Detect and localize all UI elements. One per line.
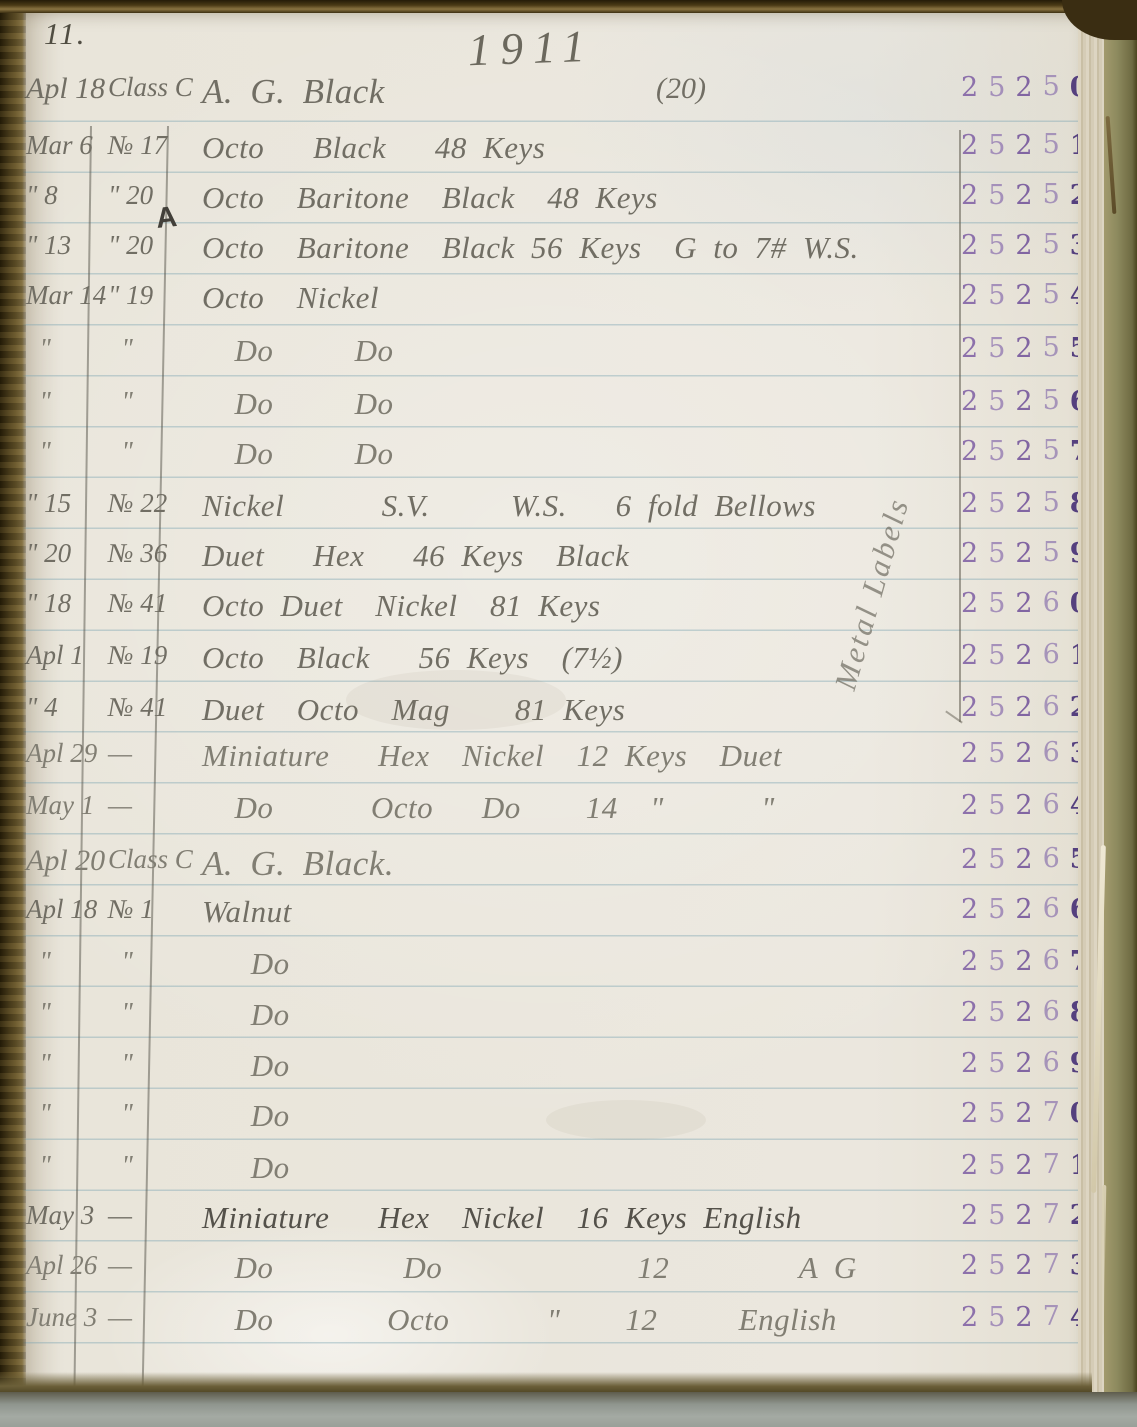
page-edge-stack [1078,10,1104,1402]
ledger-row: " 18 № 41 Octo Duet Nickel 81 Keys 25260 [6,588,1096,636]
entry-description: Do [202,1048,290,1084]
ledger-row: " " Do 25269 [6,1048,1096,1096]
entry-description: Walnut [202,894,292,930]
ledger-row: " 20 № 36 Duet Hex 46 Keys Black 25259 [6,538,1096,586]
ledger-row: Mar 14 " 19 Octo Nickel 25254 [6,280,1096,328]
entry-description: Do Octo " 12 English [202,1302,837,1338]
entry-description: Do [202,997,290,1033]
ledger-row: May 3 — Miniature Hex Nickel 16 Keys Eng… [6,1200,1096,1248]
entry-description: Do [202,946,290,982]
page-number: 11. [44,16,86,52]
ledger-row: " " Do 25271 [6,1150,1096,1198]
ledger-row: " 13 " 20 Octo Baritone Black 56 Keys G … [6,230,1096,278]
entry-description: Octo Black 56 Keys (7½) [202,640,623,676]
entry-description: Miniature Hex Nickel 12 Keys Duet [202,738,782,774]
entry-description: Nickel S.V. W.S. 6 fold Bellows [202,488,816,524]
book-gutter [0,0,26,1427]
entry-description: Do Do [202,386,394,422]
entry-description: Do [202,1098,290,1134]
entry-description: Octo Baritone Black 56 Keys G to 7# W.S. [202,230,859,266]
entry-description: Do Do 12 A G [202,1250,857,1286]
ledger-row: Apl 1 № 19 Octo Black 56 Keys (7½) 25261 [6,640,1096,688]
ledger-row: " 8 " 20 Octo Baritone Black 48 Keys 252… [6,180,1096,228]
entry-description: Octo Nickel [202,280,379,316]
ledger-row: Mar 6 № 17 Octo Black 48 Keys 25251 [6,130,1096,178]
entry-description: Octo Black 48 Keys [202,130,545,166]
entry-description: Do Octo Do 14 " " [202,790,775,826]
ledger-row: " " Do Do 25256 [6,386,1096,434]
year-heading: 1911 [467,20,595,76]
entry-description: Octo Duet Nickel 81 Keys [202,588,600,624]
ledger-page: 11. 1911 Metal Labels A Apl 18 Class C A… [6,10,1084,1390]
ledger-row: Apl 26 — Do Do 12 A G 25273 [6,1250,1096,1298]
ledger-row: " 15 № 22 Nickel S.V. W.S. 6 fold Bellow… [6,488,1096,536]
entry-description: Do Do [202,436,394,472]
ledger-row: Apl 20 Class C A. G. Black. 25265 [6,844,1096,892]
ledger-row: May 1 — Do Octo Do 14 " " 25264 [6,790,1096,838]
ledger-row: Apl 18 № 1 Walnut 25266 [6,894,1096,942]
ledger-row: Apl 29 — Miniature Hex Nickel 12 Keys Du… [6,738,1096,786]
ledger-row: " " Do 25268 [6,997,1096,1045]
entry-description: Do Do [202,333,394,369]
entry-description: A. G. Black [202,72,385,112]
ledger-row: " " Do Do 25255 [6,333,1096,381]
entry-description: Miniature Hex Nickel 16 Keys English [202,1200,802,1236]
entry-note: (20) [656,72,706,106]
book-board-top-edge [0,0,1137,13]
entry-description: A. G. Black. [202,844,394,884]
ledger-row: Apl 18 Class C A. G. Black (20) 25250 [6,72,1096,120]
entry-description: Octo Baritone Black 48 Keys [202,180,658,216]
entry-description: Do [202,1150,290,1186]
table-surface [0,1392,1137,1427]
pencil-smudge [546,1100,706,1140]
ledger-row: " " Do Do 25257 [6,436,1096,484]
ledger-photo: 11. 1911 Metal Labels A Apl 18 Class C A… [0,0,1137,1427]
entry-description: Duet Hex 46 Keys Black [202,538,629,574]
ledger-row: " " Do 25267 [6,946,1096,994]
ledger-row: June 3 — Do Octo " 12 English 25274 [6,1302,1096,1350]
book-cover-edge [1104,8,1137,1410]
pencil-smudge [346,670,566,730]
